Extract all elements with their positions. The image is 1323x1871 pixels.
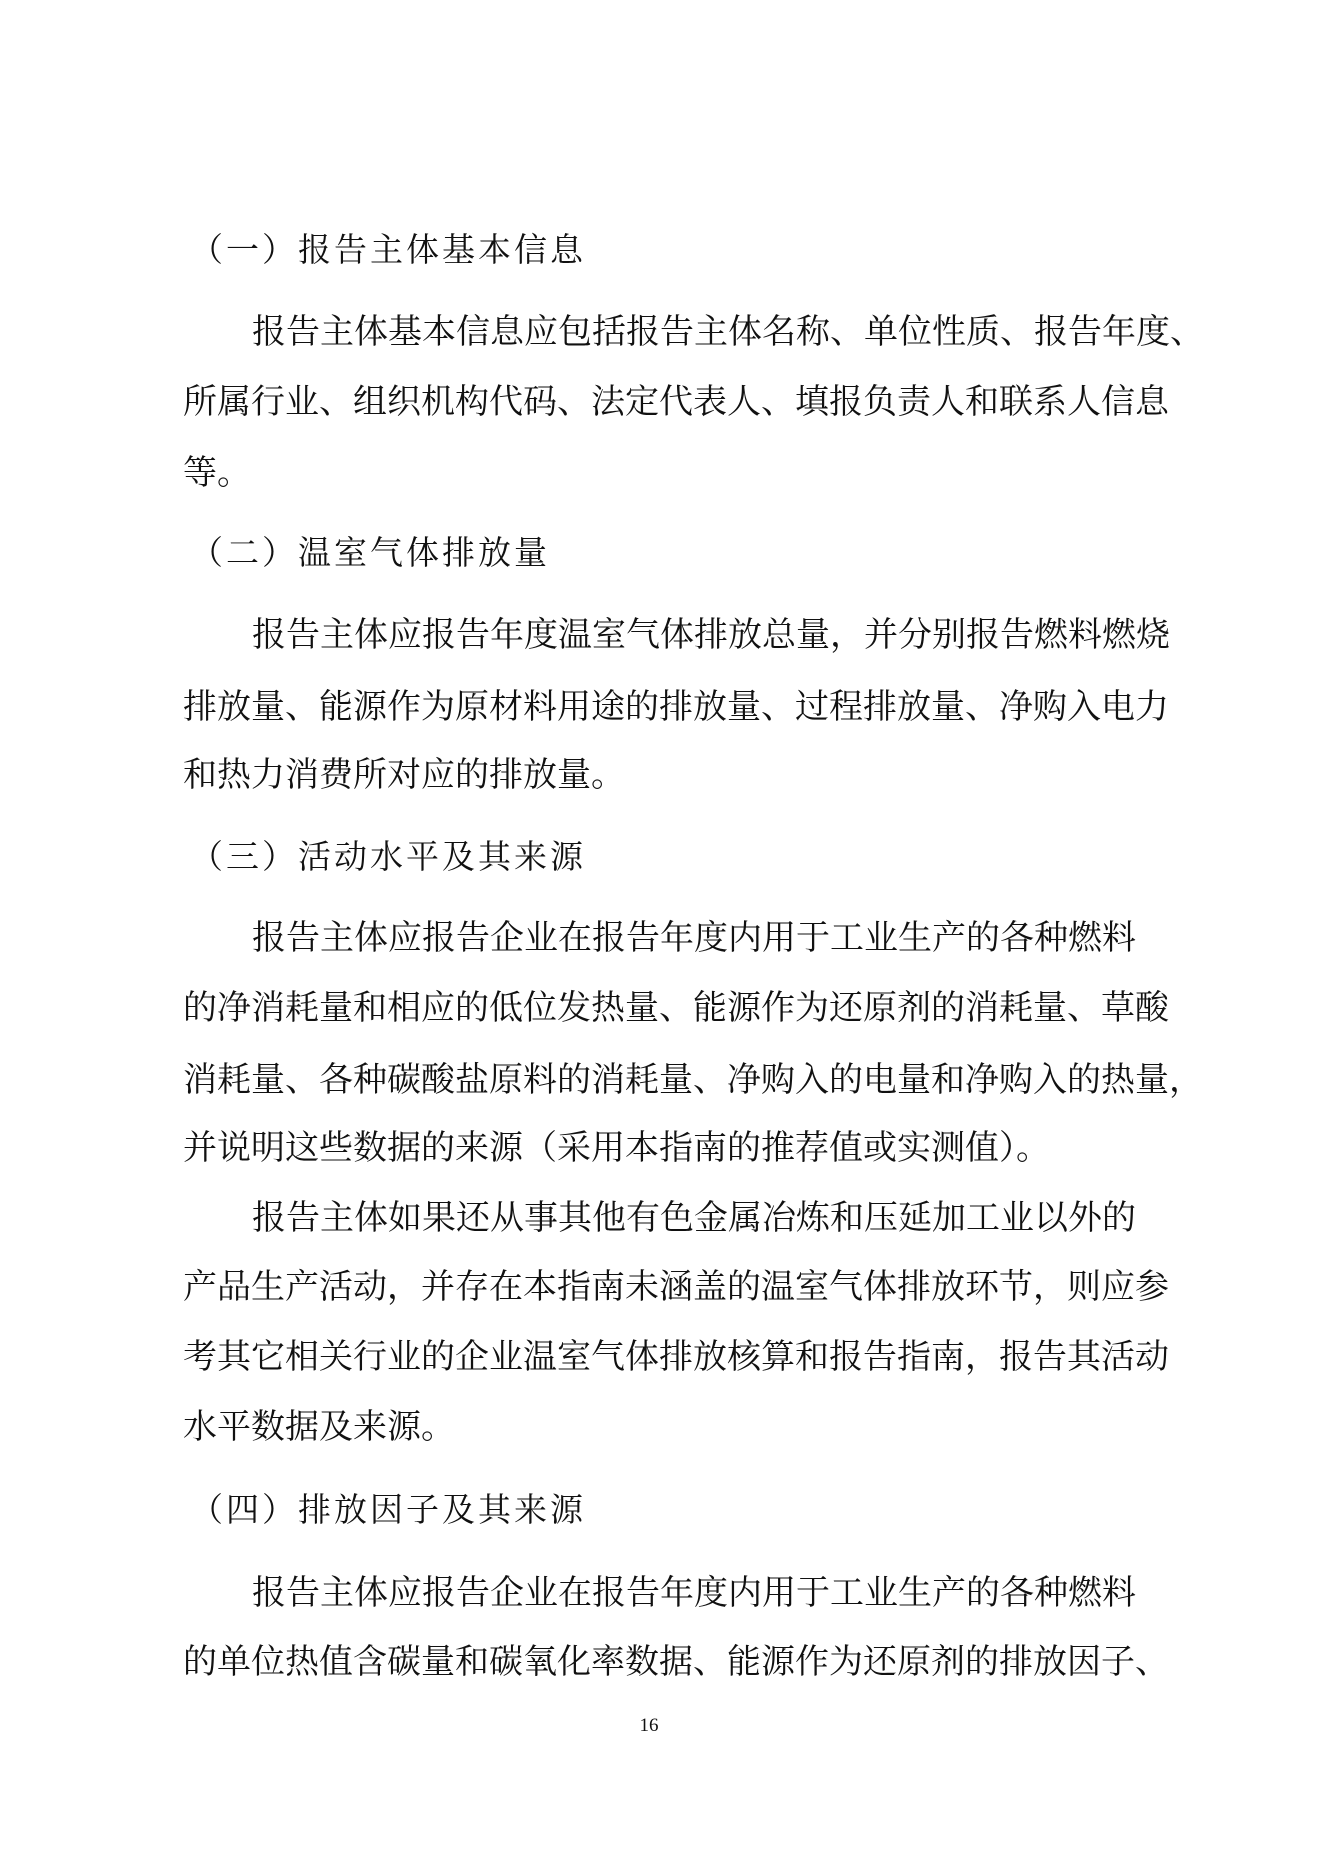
paragraph-line: 报告主体应报告企业在报告年度内用于工业生产的各种燃料 [252,1571,1135,1615]
paragraph-line: 的单位热值含碳量和碳氧化率数据、能源作为还原剂的排放因子、 [183,1640,1135,1684]
paragraph-line: 考其它相关行业的企业温室气体排放核算和报告指南，报告其活动 [183,1335,1135,1379]
paragraph-line: 和热力消费所对应的排放量。 [183,753,1135,797]
paragraph-line: 报告主体应报告企业在报告年度内用于工业生产的各种燃料 [252,916,1135,960]
paragraph-line: 并说明这些数据的来源（采用本指南的推荐值或实测值）。 [183,1126,1135,1170]
section-heading: （三）活动水平及其来源 [190,835,586,879]
section-heading: （一）报告主体基本信息 [190,228,586,272]
page-number: 16 [0,1716,1298,1736]
paragraph-line: 消耗量、各种碳酸盐原料的消耗量、净购入的电量和净购入的热量， [183,1058,1135,1102]
paragraph-line: 报告主体基本信息应包括报告主体名称、单位性质、报告年度、 [252,310,1135,354]
section-heading: （二）温室气体排放量 [190,531,550,575]
paragraph-line: 所属行业、组织机构代码、法定代表人、填报负责人和联系人信息 [183,380,1135,424]
paragraph-line: 等。 [183,451,1135,495]
section-heading: （四）排放因子及其来源 [190,1488,586,1532]
paragraph-line: 报告主体应报告年度温室气体排放总量，并分别报告燃料燃烧 [252,613,1135,657]
paragraph-line: 报告主体如果还从事其他有色金属冶炼和压延加工业以外的 [252,1196,1135,1240]
paragraph-line: 的净消耗量和相应的低位发热量、能源作为还原剂的消耗量、草酸 [183,986,1135,1030]
document-page: （一）报告主体基本信息报告主体基本信息应包括报告主体名称、单位性质、报告年度、所… [0,0,1323,1871]
paragraph-line: 水平数据及来源。 [183,1405,1135,1449]
paragraph-line: 排放量、能源作为原材料用途的排放量、过程排放量、净购入电力 [183,685,1135,729]
paragraph-line: 产品生产活动，并存在本指南未涵盖的温室气体排放环节，则应参 [183,1265,1135,1309]
